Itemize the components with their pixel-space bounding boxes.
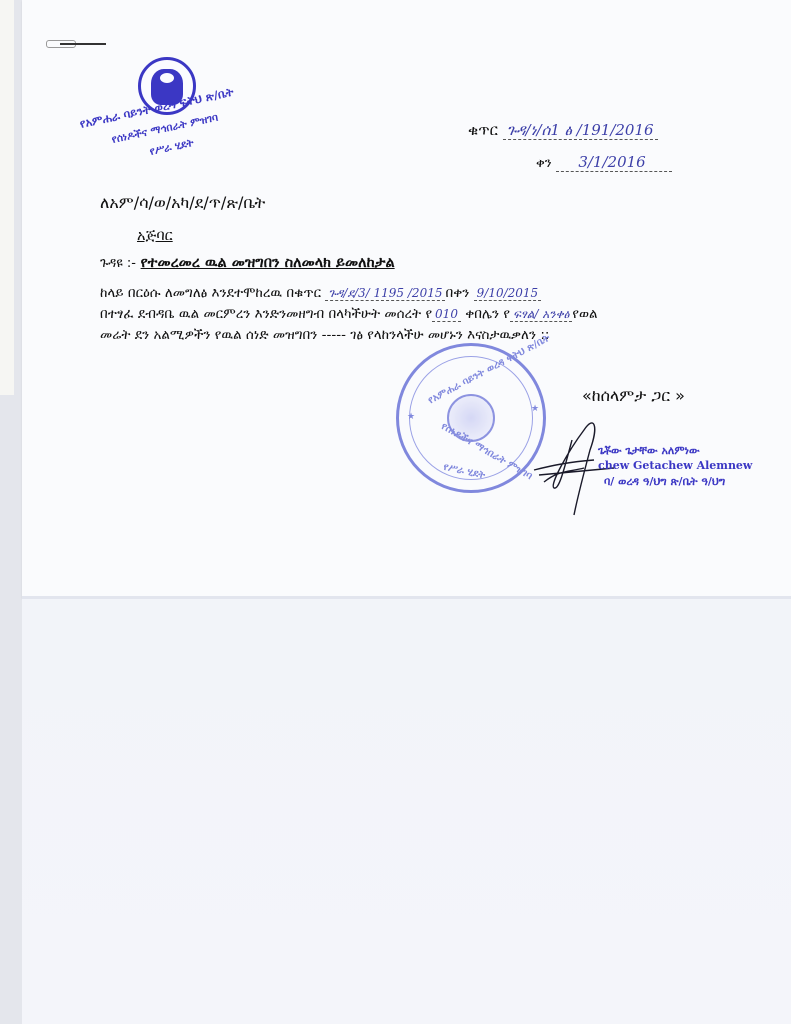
letter-page-bottom	[22, 598, 791, 1024]
page-fold	[22, 596, 791, 599]
reference-number-value: ጉዳ/ነ/ሰ1 ፅ /191/2016	[503, 121, 658, 140]
subject-line: ጉዳዩ :- የተመረመረ ዉል መዝግበን ስለመላክ ይመለከታል	[100, 255, 395, 271]
handwritten-date: 9/10/2015	[474, 286, 542, 301]
handwritten-party: ፍፃል/ አንቀፅ	[510, 307, 572, 322]
body-line-1: ከላይ በርዕሱ ለመግለፅ እንደተሞከረዉ በቁጥር ጉዳ/ደ/3/ 119…	[100, 285, 541, 301]
staple-line	[60, 43, 106, 45]
recipient: ለአም/ሳ/ወ/አካ/ደ/ጥ/ጽ/ቤት	[100, 193, 265, 213]
recipient-city: አጅባር	[137, 228, 173, 244]
handwritten-count: 010	[432, 307, 461, 322]
body-text: በቀን	[445, 285, 469, 301]
body-line-3: መሬት ደን አልሚዎችን የዉል ሰነድ መዝግበን ----- ገፅ የላከ…	[100, 327, 549, 343]
body-line-2: በተፃፈ ደብዳቤ ዉል መርምረን እንድንመዘግብ በላካችሁት መሰረት …	[100, 306, 598, 322]
body-text: በተፃፈ ደብዳቤ ዉል መርምረን እንድንመዘግብ በላካችሁት መሰረት …	[100, 306, 432, 322]
reference-date: ቀን 3/1/2016	[536, 153, 672, 171]
star-icon: ★	[407, 412, 415, 422]
body-text: የወል	[572, 306, 597, 322]
scan-edge-paper	[0, 0, 14, 395]
body-text: ከላይ በርዕሱ ለመግለፅ እንደተሞከረዉ በቁጥር	[100, 285, 321, 301]
signatory-title: ባ/ ወረዳ ዓ/ህግ ጽ/ቤት ዓ/ህግ	[604, 475, 725, 489]
handwritten-reference: ጉዳ/ደ/3/ 1195 /2015	[325, 286, 445, 301]
closing-salutation: «ከሰላምታ ጋር »	[582, 386, 685, 406]
subject-label: ጉዳዩ :-	[100, 256, 136, 271]
signatory-name-english: chew Getachew Alemnew	[598, 459, 752, 472]
body-text: ቀበሌን የ	[465, 306, 510, 322]
reference-number-label: ቁጥር	[468, 121, 498, 139]
signatory-name-amharic: ጌቾው ጌታቸው አለምነው	[598, 444, 700, 458]
reference-date-label: ቀን	[536, 156, 552, 171]
reference-number: ቁጥር ጉዳ/ነ/ሰ1 ፅ /191/2016	[468, 121, 658, 139]
reference-date-value: 3/1/2016	[556, 153, 671, 172]
subject-text: የተመረመረ ዉል መዝግበን ስለመላክ ይመለከታል	[141, 255, 395, 271]
